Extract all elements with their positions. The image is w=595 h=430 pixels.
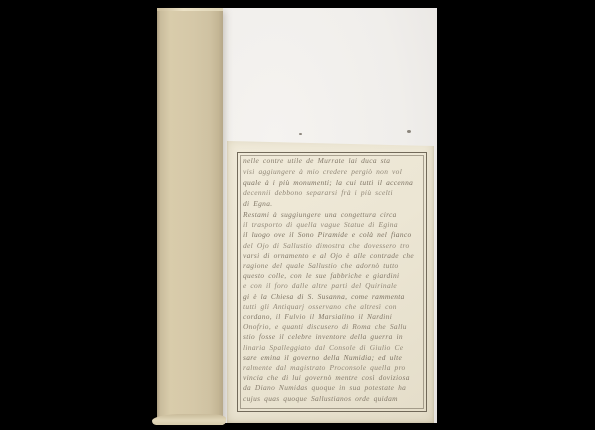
manuscript-line: varsi di ornamento e al Ojo è alle contr… [243,251,423,261]
manuscript-line: ragione del quale Sallustio che adornò t… [243,261,423,271]
ink-speck [407,130,411,133]
manuscript-line: cujus quas quoque Sallustianos orde quid… [243,394,423,404]
manuscript-page: nelle contre utile de Murrate lai duca s… [227,139,434,423]
manuscript-line: ralmente dal magistrato Proconsole quell… [243,363,423,373]
binding-strip [157,8,223,425]
manuscript-line: stio fosse il celebre inventore della gu… [243,332,423,342]
manuscript-line: linaria Spalleggiato dal Console di Giul… [243,343,423,353]
manuscript-line: tutti gli Antiquarj osservano che altres… [243,302,423,312]
manuscript-line: vincia che di lui governò mentre così do… [243,373,423,383]
photo-canvas: nelle contre utile de Murrate lai duca s… [0,0,595,430]
manuscript-line: da Diano Numidas quoque in sua potestate… [243,383,423,393]
manuscript-line: il trasporto di quella vague Statue di E… [243,220,423,230]
manuscript-line: decennii debbono separarsi frà i più sce… [243,188,423,199]
manuscript-line: e con il foro dalle altre parti del Quir… [243,281,423,291]
manuscript-line: nelle contre utile de Murrate lai duca s… [243,156,423,167]
manuscript-line: visi aggiungere à mio credere pergiò non… [243,167,423,178]
text-block-2: Restami à suggiungere una congettura cir… [243,210,423,404]
manuscript-line: quale à i più monumenti; la cui tutti il… [243,178,423,189]
binding-strip-fold [152,414,226,425]
ink-speck [299,133,302,135]
manuscript-line: il luogo ove il Sono Piramide e colà nel… [243,230,423,240]
ruled-frame: nelle contre utile de Murrate lai duca s… [237,152,427,412]
text-block-1: nelle contre utile de Murrate lai duca s… [243,156,423,210]
manuscript-line: Restami à suggiungere una congettura cir… [243,210,423,220]
manuscript-line: Onofrio, e quanti discusero di Roma che … [243,322,423,332]
manuscript-line: cordano, il Fulvio il Marsialino il Nard… [243,312,423,322]
manuscript-line: di Egna. [243,199,423,210]
manuscript-line: del Ojo di Sallustio dimostra che dovess… [243,241,423,251]
manuscript-line: gi è la Chiesa di S. Susanna, come ramme… [243,292,423,302]
manuscript-line: questo colle, con le sue fabbriche e gia… [243,271,423,281]
manuscript-line: sare emina il governo della Numidia; ed … [243,353,423,363]
